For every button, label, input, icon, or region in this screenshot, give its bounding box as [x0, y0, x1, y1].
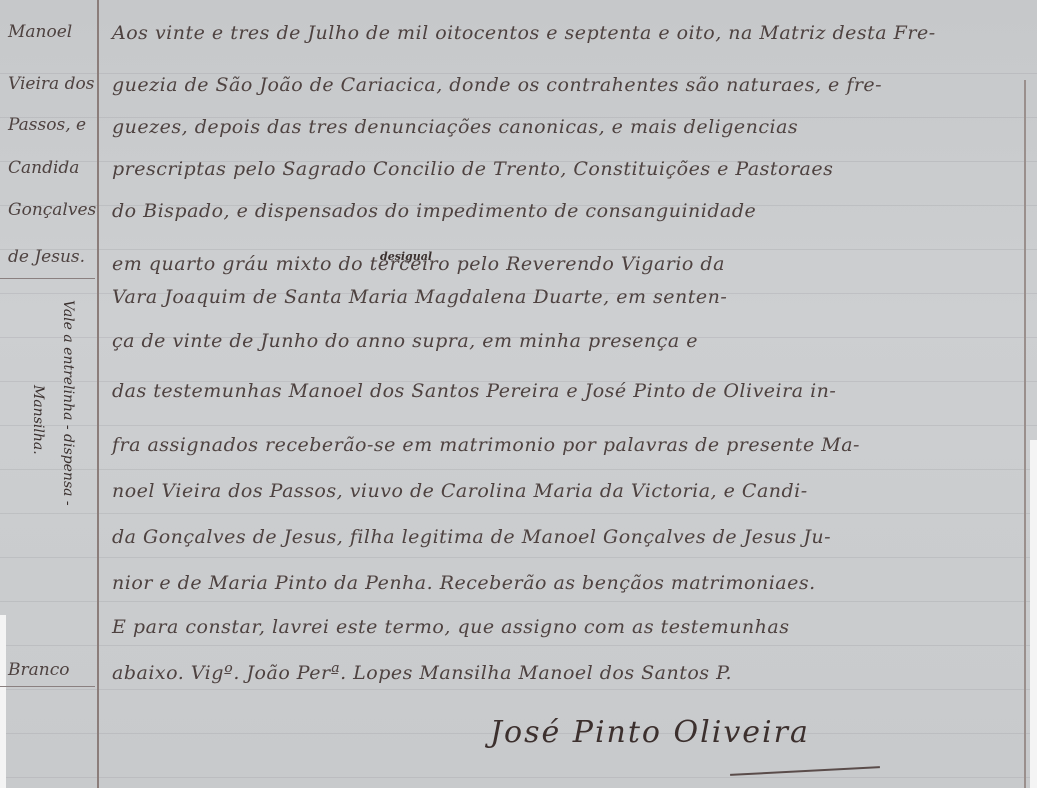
body-line: da Gonçalves de Jesus, filha legitima de… [112, 526, 831, 548]
body-line: das testemunhas Manoel dos Santos Pereir… [112, 380, 836, 402]
margin-name-line: de Jesus. [8, 247, 85, 267]
margin-name-line: Candida [8, 158, 79, 178]
margin-bottom-word: Branco [8, 660, 69, 680]
body-line: nior e de Maria Pinto da Penha. Receberã… [112, 572, 816, 594]
margin-name-line: Passos, e [8, 115, 86, 135]
body-line: E para constar, lavrei este termo, que a… [112, 616, 789, 638]
margin-name-line: Manoel [8, 22, 72, 42]
margin-vertical-note: Vale a entrelinha - dispensa - [60, 300, 76, 506]
witness-signature: José Pinto Oliveira [490, 715, 810, 750]
margin-underline [0, 686, 95, 687]
body-line: Aos vinte e tres de Julho de mil oitocen… [112, 22, 936, 44]
body-line: noel Vieira dos Passos, viuvo de Carolin… [112, 480, 808, 502]
margin-vertical-signature: Mansilha. [30, 385, 46, 455]
body-line: do Bispado, e dispensados do impedimento… [112, 200, 756, 222]
body-line: guezes, depois das tres denunciações can… [112, 116, 798, 138]
body-line: prescriptas pelo Sagrado Concilio de Tre… [112, 158, 833, 180]
body-line: fra assignados receberão-se em matrimoni… [112, 434, 860, 456]
margin-name-line: Gonçalves [8, 200, 96, 220]
left-margin-rule [97, 0, 99, 788]
body-line: em quarto gráu mixto do terceiro pelo Re… [112, 253, 725, 275]
margin-name-line: Vieira dos [8, 74, 94, 94]
margin-underline [0, 278, 95, 279]
body-line: Vara Joaquim de Santa Maria Magdalena Du… [112, 286, 727, 308]
right-margin-rule [1024, 80, 1026, 788]
body-line: ça de vinte de Junho do anno supra, em m… [112, 330, 698, 352]
body-line: abaixo. Vigº. João Perª. Lopes Mansilha … [112, 662, 732, 684]
body-line: guezia de São João de Cariacica, donde o… [112, 74, 882, 96]
document-page: Manoel Vieira dos Passos, e Candida Gonç… [0, 0, 1037, 788]
scan-edge-left [0, 615, 6, 788]
scan-edge [1030, 440, 1037, 788]
